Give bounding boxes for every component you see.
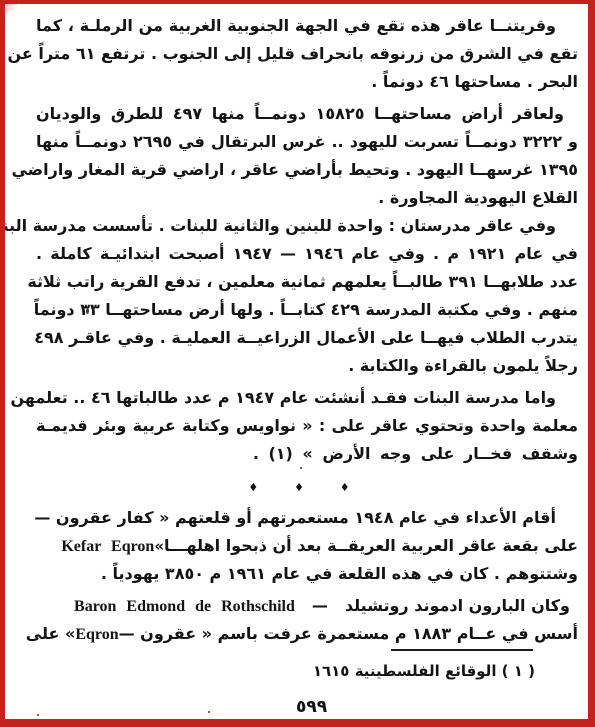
page-border-top — [0, 0, 595, 4]
text-line: رجلاً يلمون بالقراءة والكتابة . — [36, 352, 578, 380]
text-line: وقريتنــا عاقر هذه تقع في الجهة الجنوبية… — [36, 12, 578, 40]
page-border-bottom — [0, 719, 595, 727]
paragraph-rothschild: وكان البارون ادموند روتشيلد — Baron Edmo… — [36, 592, 578, 648]
footnote-rule — [391, 649, 533, 651]
text-column: وقريتنــا عاقر هذه تقع في الجهة الجنوبية… — [36, 12, 578, 648]
text-line: القلاع اليهودية المجاورة . — [36, 184, 578, 212]
arabic-run: أسس في عــام ١٨٨٣ م مستعمرة عرفت باسم « … — [119, 620, 578, 648]
text-line: أقام الأعداء في عام ١٩٤٨ مستعمرتهم أو قل… — [36, 504, 578, 532]
scanned-book-page: { "colors": { "border_red": "#c5221e", "… — [0, 0, 595, 727]
text-line: وفي عاقر مدرستان : واحدة للبنين والثانية… — [36, 212, 578, 240]
paragraph-girls-school: واما مدرسة البنات فقـد أنشئت عام ١٩٤٧ م … — [36, 384, 578, 468]
ink-speck — [37, 714, 39, 716]
page-border-right — [588, 0, 595, 727]
text-line: ولعاقر أراض مساحتهــا ١٥٨٢٥ دونمــاً منه… — [36, 100, 578, 128]
text-line: البحر . مساحتها ٤٦ دونماً . — [36, 68, 578, 96]
guillemet-mark: » — [154, 532, 164, 560]
corner-smudge — [4, 4, 17, 17]
text-line: ١٣٩٥ غرسهــا اليهود . وتحيط بأراضي عاقر … — [36, 156, 578, 184]
text-line-mixed: أسس في عــام ١٨٨٣ م مستعمرة عرفت باسم « … — [36, 620, 578, 648]
arabic-run-tail: » على — [26, 620, 76, 648]
paragraph-schools: وفي عاقر مدرستان : واحدة للبنين والثانية… — [36, 212, 578, 380]
arabic-run: على بقعة عاقر العربية العريقــة بعد أن ذ… — [164, 532, 578, 560]
text-line: عدد طلابهــا ٣٩١ طالبــاً يعلمهم ثمانية … — [36, 268, 578, 296]
paragraph-settlement-1948: أقام الأعداء في عام ١٩٤٨ مستعمرتهم أو قل… — [36, 504, 578, 588]
ink-speck — [86, 308, 89, 314]
footnote-text: ( ١ ) الوقائع الفلسطينية ١٦١٥ — [313, 658, 535, 684]
latin-name-kefar-eqron: Kefar Eqron — [61, 533, 154, 561]
latin-name-baron-rothschild: Baron Edmond de Rothschild — [74, 593, 295, 621]
text-line: منهم . وفي مكتبة المدرسة ٤٢٩ كتابــاً . … — [36, 296, 578, 324]
text-line: معلمة واحدة وتحتوي عاقر على : « نواويس و… — [36, 412, 578, 440]
text-line: تقع في الشرق من زرنوقه بانحراف قليل إلى … — [36, 40, 578, 68]
text-line-mixed: وكان البارون ادموند روتشيلد — Baron Edmo… — [36, 592, 578, 620]
paragraph-lands: ولعاقر أراض مساحتهــا ١٥٨٢٥ دونمــاً منه… — [36, 100, 578, 212]
text-line: و ٣٢٢٢ دونمــاً تسربت لليهود .. غرس البر… — [36, 128, 578, 156]
text-line-mixed: على بقعة عاقر العربية العريقــة بعد أن ذ… — [36, 532, 578, 560]
text-line: واما مدرسة البنات فقـد أنشئت عام ١٩٤٧ م … — [36, 384, 578, 412]
text-line: يتدرب الطلاب فيهــا على الأعمال الزراعيـ… — [36, 324, 578, 352]
paragraph-village-location: وقريتنــا عاقر هذه تقع في الجهة الجنوبية… — [36, 12, 578, 96]
dash-mark: — — [312, 592, 328, 620]
page-number: ٥٩٩ — [296, 697, 327, 717]
text-line: في عام ١٩٢١ م . وفي عام ١٩٤٦ — ١٩٤٧ أصبح… — [36, 240, 578, 268]
arabic-run: وكان البارون ادموند روتشيلد — [345, 592, 570, 620]
ink-speck — [208, 711, 210, 713]
text-line: وشقف فخــار على وجه الأرض » (١) . — [36, 440, 578, 468]
page-border-left — [0, 0, 5, 727]
section-separator-stars: ♦ ♦ ♦ — [36, 478, 578, 498]
latin-name-eqron: Eqron — [75, 621, 118, 649]
text-line: وشتتوهم . كان في هذه القلعة في عام ١٩٦١ … — [36, 560, 578, 588]
ink-speck — [300, 467, 302, 469]
